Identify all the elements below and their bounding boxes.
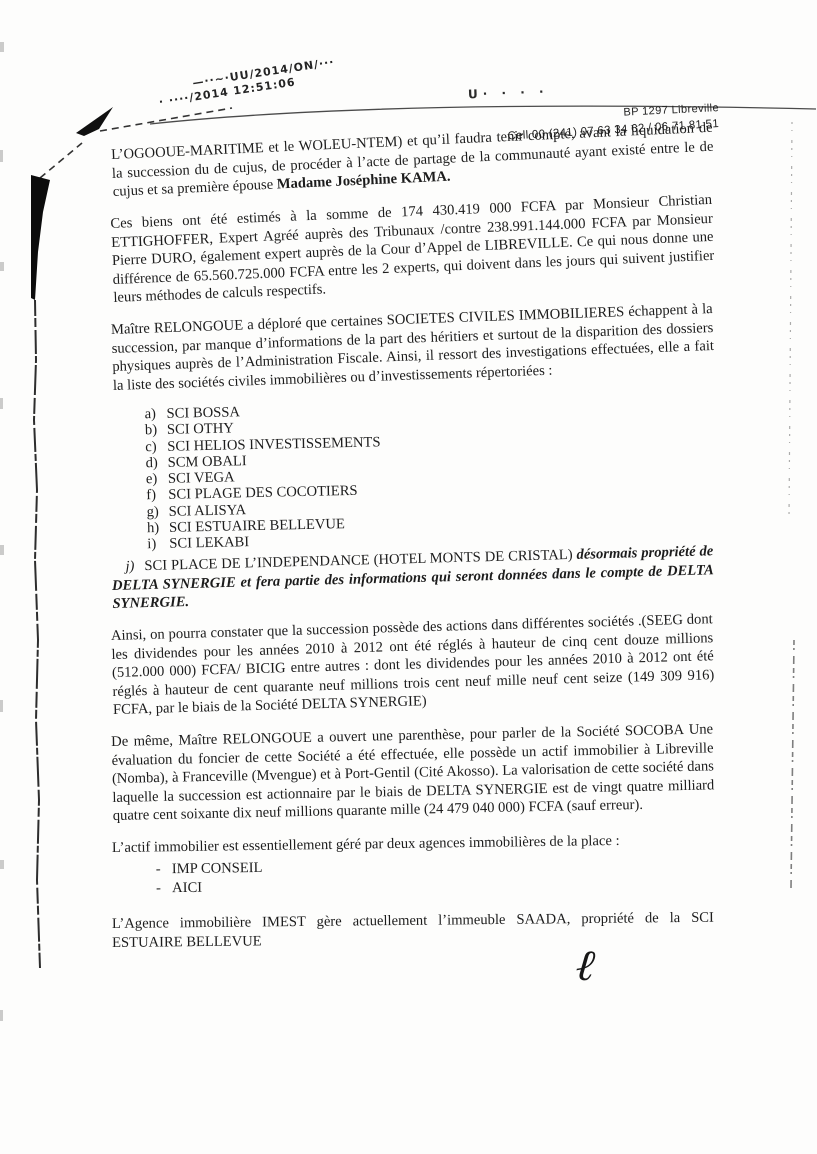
list-marker: e) (146, 472, 168, 488)
list-marker: h) (147, 521, 169, 537)
paragraph-text: L’OGOOUE-MARITIME et le WOLEU-NTEM) et q… (111, 120, 714, 200)
handwritten-check-mark: ℓ (574, 943, 597, 989)
left-fold-wedge (31, 175, 50, 300)
fax-timestamp-stamp: —··~·UU/2014/ON/··· · ····/2014 12:51:06 (156, 55, 338, 109)
list-label: SCI VEGA (168, 470, 235, 487)
dash-marker: - (156, 879, 172, 898)
agency-label: IMP CONSEIL (172, 860, 263, 877)
right-dotted-line-upper (789, 122, 792, 518)
list-marker: b) (145, 423, 167, 439)
list-label: SCI OTHY (167, 421, 234, 438)
list-marker: f) (146, 488, 168, 504)
paragraph-imest-saada: L’Agence immobilière IMEST gère actuelle… (112, 908, 714, 951)
agencies-list: -IMP CONSEIL -AICI (112, 852, 714, 898)
list-label: SCI ALISYA (168, 502, 246, 520)
dash-marker: - (156, 860, 172, 879)
faded-header-fragment: U· · · · (468, 85, 549, 102)
scanned-document-page: —··~·UU/2014/ON/··· · ····/2014 12:51:06… (0, 0, 817, 1154)
list-marker: c) (145, 440, 167, 456)
list-item-j-delta-synergie: j)SCI PLACE DE L’INDEPENDANCE (HOTEL MON… (111, 543, 714, 615)
paragraph-dividends: Ainsi, on pourra constater que la succes… (111, 610, 715, 720)
left-fold-line (34, 300, 40, 968)
list-label: SCI LEKABI (169, 535, 249, 553)
list-label: SCI BOSSA (166, 404, 240, 422)
list-marker: d) (145, 456, 167, 472)
paragraph-community-partition: L’OGOOUE-MARITIME et le WOLEU-NTEM) et q… (111, 119, 715, 202)
sci-companies-list: a)SCI BOSSA b)SCI OTHY c)SCI HELIOS INVE… (110, 396, 715, 555)
list-marker: g) (147, 505, 169, 521)
document-body: L’OGOOUE-MARITIME et le WOLEU-NTEM) et q… (112, 146, 714, 965)
right-dotted-line-lower (791, 640, 794, 888)
paragraph-sci-investigation: Maître RELONGOUE a déploré que certaines… (111, 300, 715, 395)
list-marker: j) (125, 559, 134, 575)
paragraph-socoba-valuation: De même, Maître RELONGOUE a ouvert une p… (111, 720, 715, 826)
list-label: SCI ESTUAIRE BELLEVUE (169, 516, 345, 536)
list-label: SCI PLAGE DES COCOTIERS (168, 483, 358, 503)
paragraph-experts-valuation: Ces biens ont été estimés à la somme de … (110, 191, 715, 308)
stamp-arrowhead-mark (76, 107, 113, 136)
list-marker: a) (144, 407, 166, 423)
left-edge-specks (0, 42, 4, 1021)
list-marker: i) (147, 537, 169, 553)
agency-label: AICI (172, 879, 202, 895)
list-label: SCM OBALI (167, 453, 246, 471)
